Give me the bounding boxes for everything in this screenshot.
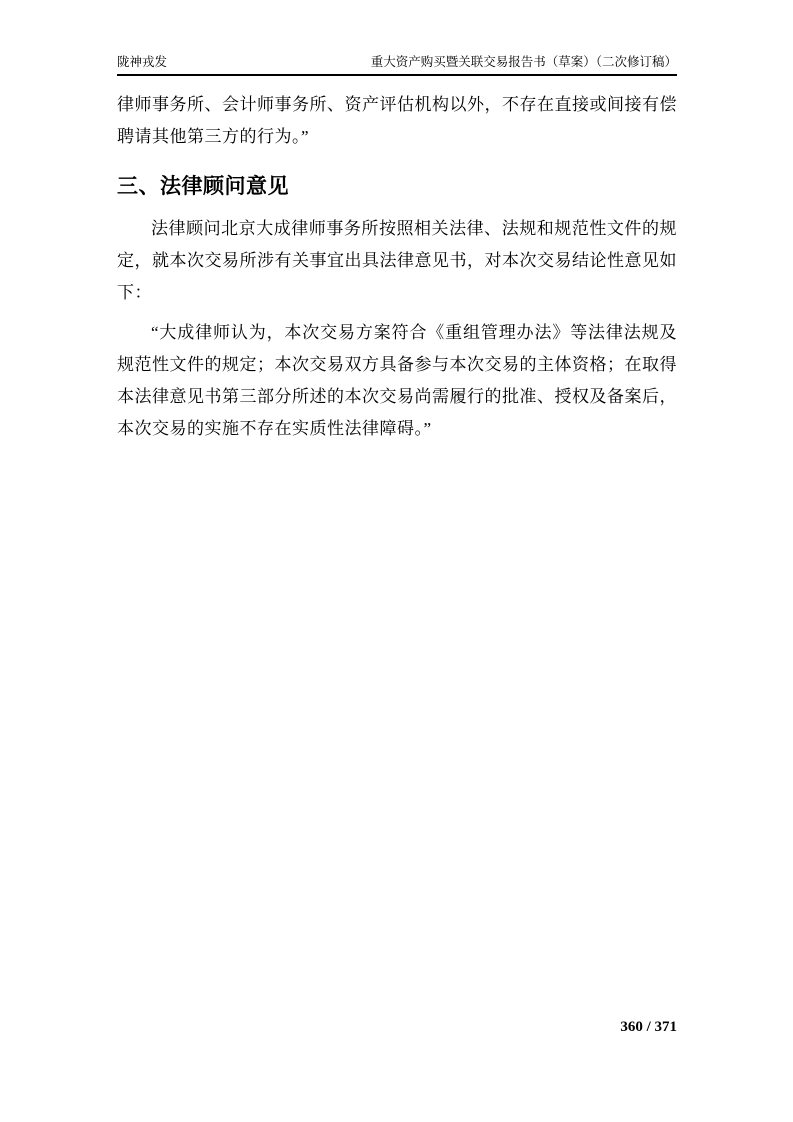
header-company-name: 陇神戎发 [117,54,167,70]
header-document-title: 重大资产购买暨关联交易报告书（草案）（二次修订稿） [371,54,677,70]
document-page: 陇神戎发 重大资产购买暨关联交易报告书（草案）（二次修订稿） 律师事务所、会计师… [0,0,793,1122]
paragraph-legal-opinion-quote: “大成律师认为，本次交易方案符合《重组管理办法》等法律法规及规范性文件的规定；本… [117,317,677,445]
paragraph-legal-advisor-intro: 法律顾问北京大成律师事务所按照相关法律、法规和规范性文件的规定，就本次交易所涉有… [117,213,677,309]
page-content: 律师事务所、会计师事务所、资产评估机构以外，不存在直接或间接有偿聘请其他第三方的… [117,89,677,445]
paragraph-continuation: 律师事务所、会计师事务所、资产评估机构以外，不存在直接或间接有偿聘请其他第三方的… [117,89,677,153]
page-footer: 360 / 371 [117,1018,677,1036]
page-header: 陇神戎发 重大资产购买暨关联交易报告书（草案）（二次修订稿） [117,54,677,76]
page-number: 360 / 371 [620,1019,677,1035]
section-heading-legal-advisor-opinion: 三、法律顾问意见 [117,175,677,199]
